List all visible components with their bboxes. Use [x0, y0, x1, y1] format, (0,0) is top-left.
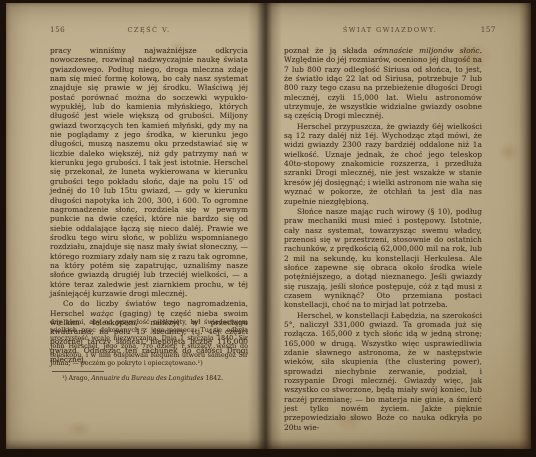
right-page-text: poznał że ją składa ośmnaście miljonów s… [284, 46, 482, 432]
paragraph-right-3: Słońce nasze mając ruch wirowy (§ 10), p… [284, 207, 482, 310]
right-page-number: 157 [466, 25, 496, 34]
left-running-header: CZĘŚĆ V. [80, 26, 218, 34]
left-page-header: 156 CZĘŚĆ V. [50, 25, 248, 34]
paragraph-right-2: Herschel przypuszcza, że gwiazdy 6éj wie… [284, 122, 482, 206]
left-page-text: pracy winniśmy najważniéjsze odkrycia no… [50, 46, 248, 365]
scanned-book-spread: { "colors": { "paper": "#bdac8b", "paper… [0, 0, 536, 457]
right-running-header: ŚWIAT GWIAZDOWY. [314, 26, 466, 34]
footnote-citation: ¹) Arago, Annuaire du Bureau des Longitu… [50, 375, 248, 383]
page-stack-edge [519, 3, 531, 449]
paragraph-right-1: poznał że ją składa ośmnaście miljonów s… [284, 46, 482, 121]
footnote-text: dny niemi, aby na przyszłość nietknięty,… [50, 318, 248, 367]
scan-background: 156 CZĘŚĆ V. pracy winniśmy najważniéjsz… [0, 0, 536, 457]
left-page-footnote: dny niemi, aby na przyszłość nietknięty,… [50, 318, 248, 383]
paragraph-right-4: Herschel, w konstellacji Łabędzia, na sz… [284, 311, 482, 432]
left-page-number: 156 [50, 25, 80, 34]
right-page-header: ŚWIAT GWIAZDOWY. 157 [284, 25, 496, 34]
page-bottom-edge [6, 439, 531, 449]
footnote-rule [52, 371, 104, 372]
binding-gutter-shadow [248, 3, 282, 449]
paragraph-left-1: pracy winniśmy najważniéjsze odkrycia no… [50, 46, 248, 298]
